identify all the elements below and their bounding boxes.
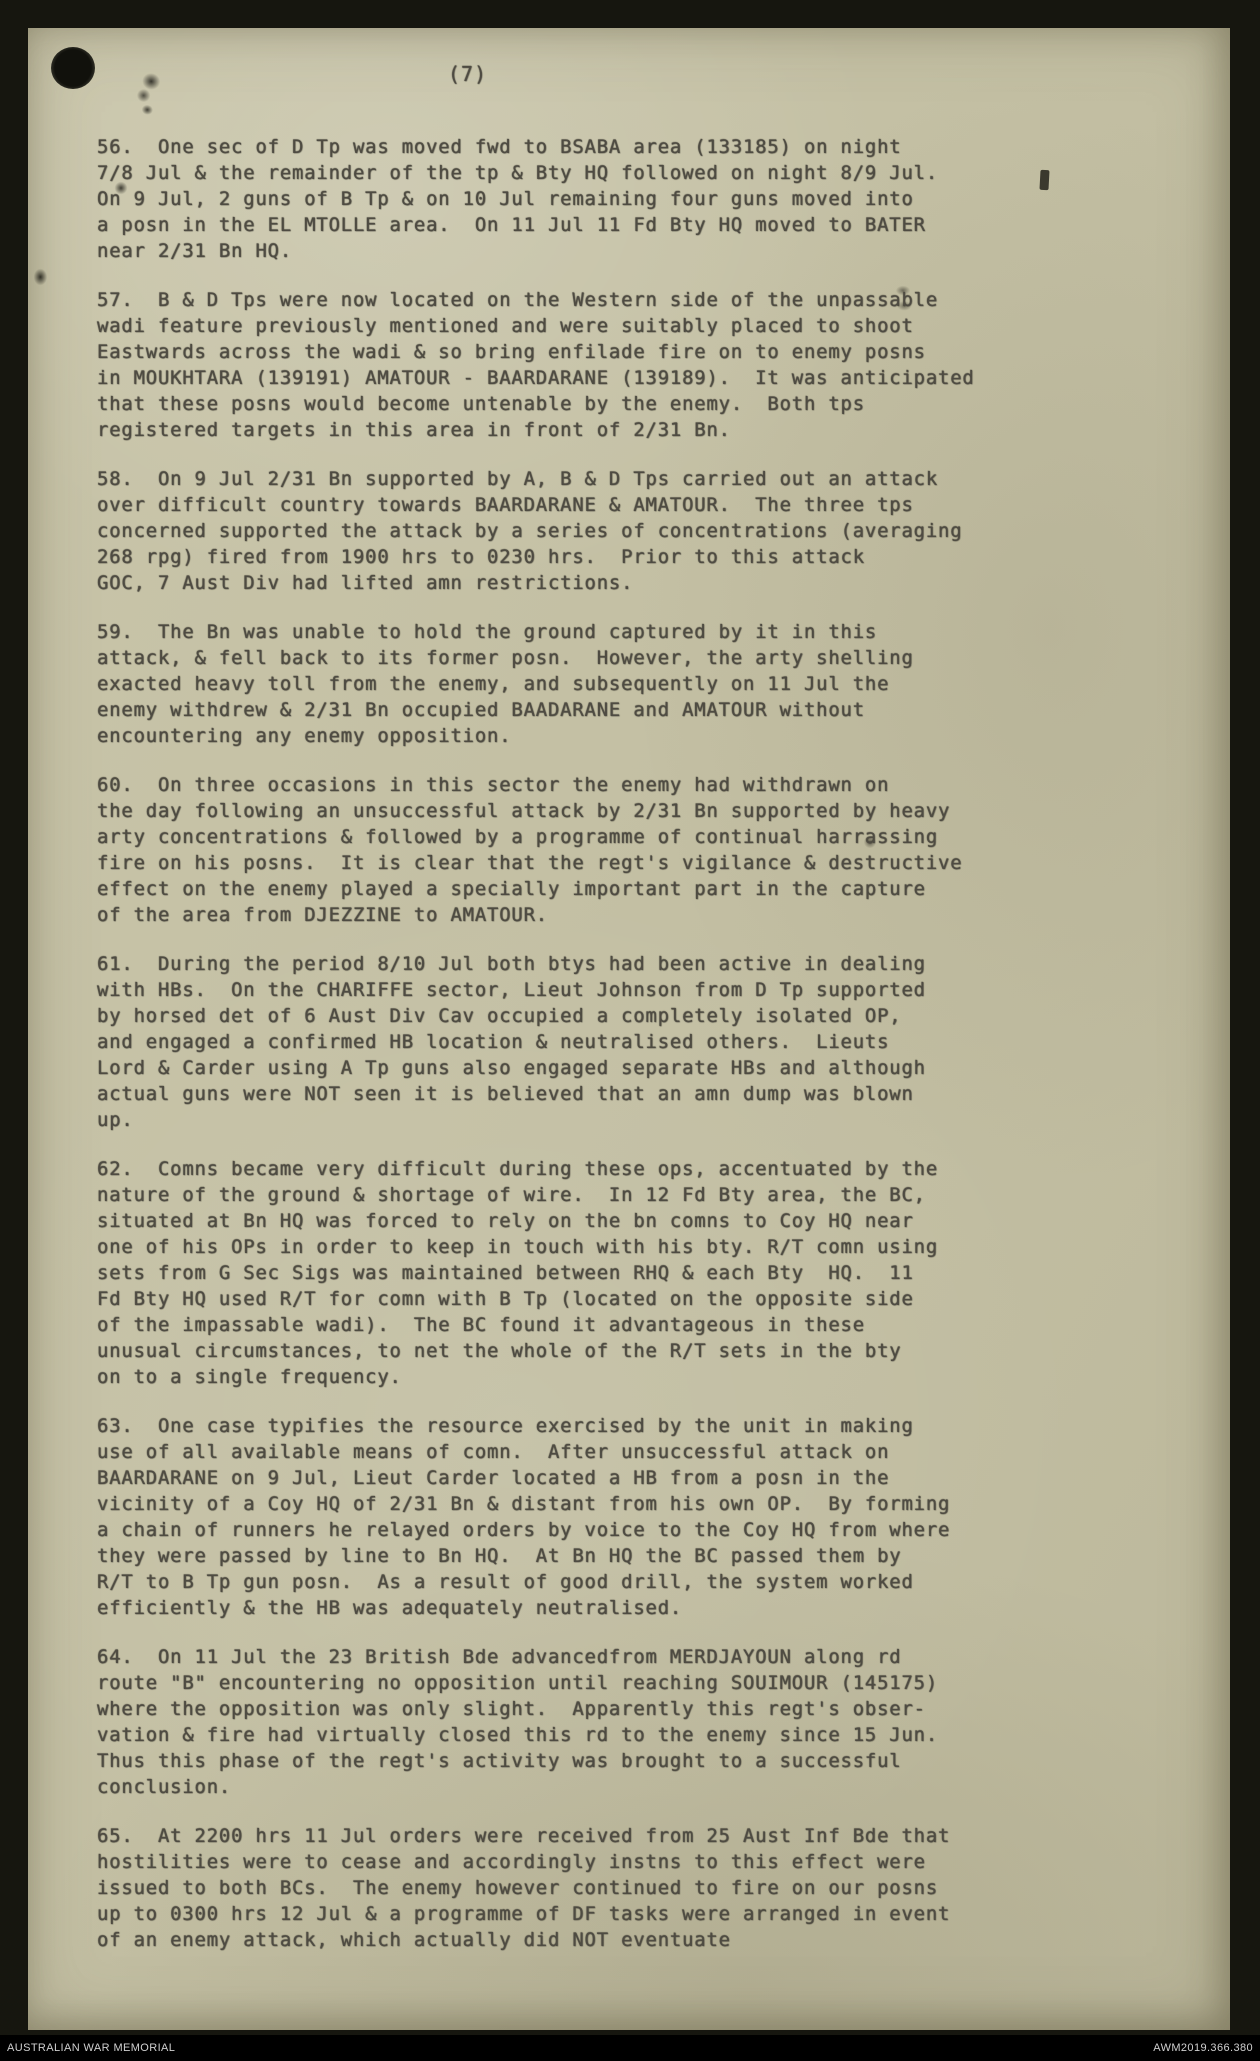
- ink-smudge: [1039, 170, 1049, 190]
- ink-smudge: [128, 69, 166, 118]
- paragraph-62: 62. Comns became very difficult during t…: [97, 1156, 1017, 1390]
- paragraph-60: 60. On three occasions in this sector th…: [97, 772, 1017, 928]
- scan-background: (7) 56. One sec of D Tp was moved fwd to…: [0, 0, 1260, 2061]
- document-page: (7) 56. One sec of D Tp was moved fwd to…: [28, 28, 1230, 2030]
- archive-name-label: AUSTRALIAN WAR MEMORIAL: [7, 2042, 175, 2054]
- paragraph-57: 57. B & D Tps were now located on the We…: [97, 287, 1017, 443]
- paragraph-58: 58. On 9 Jul 2/31 Bn supported by A, B &…: [97, 466, 1017, 596]
- paragraph-63: 63. One case typifies the resource exerc…: [97, 1413, 1017, 1621]
- paragraph-56: 56. One sec of D Tp was moved fwd to BSA…: [97, 134, 1017, 264]
- catalog-number-label: AWM2019.366.380: [1153, 2042, 1253, 2054]
- page-number: (7): [448, 62, 487, 86]
- paragraph-64: 64. On 11 Jul the 23 British Bde advance…: [97, 1644, 1017, 1800]
- paragraph-61: 61. During the period 8/10 Jul both btys…: [97, 951, 1017, 1133]
- document-body: 56. One sec of D Tp was moved fwd to BSA…: [97, 134, 1017, 1976]
- ink-smudge: [34, 266, 50, 288]
- paragraph-65: 65. At 2200 hrs 11 Jul orders were recei…: [97, 1823, 1017, 1953]
- footer-bar: AUSTRALIAN WAR MEMORIAL AWM2019.366.380: [0, 2035, 1260, 2061]
- paragraph-59: 59. The Bn was unable to hold the ground…: [97, 619, 1017, 749]
- punch-hole: [51, 47, 95, 89]
